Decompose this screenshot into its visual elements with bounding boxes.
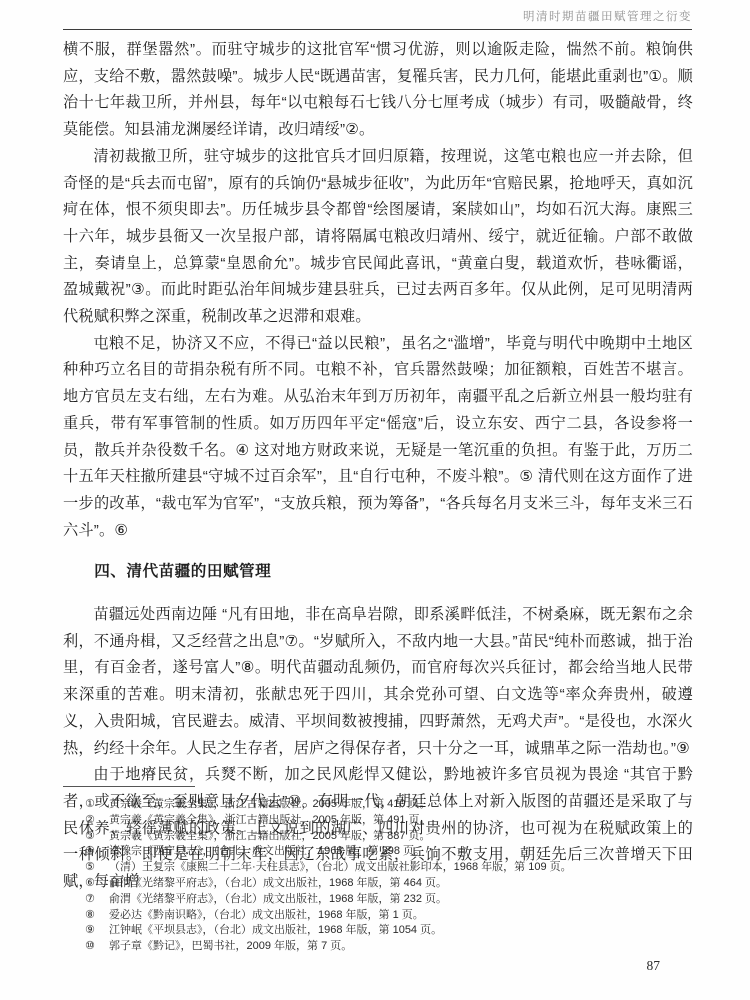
page-number: 87 bbox=[647, 958, 661, 974]
footnote-text: 黄宗羲《黄宗羲全集》，浙江古籍出版社，2005 年版，第 491 页。 bbox=[109, 814, 431, 826]
body-paragraph: 屯粮不足，协济又不应，不得已“益以民粮”，虽名之“滥增”，毕竟与明代中晚期中土地… bbox=[63, 331, 693, 545]
body-paragraph: 横不服，群堡嚣然”。而驻守城步的这批官军“惯习优游，则以逾阪走险，惴然不前。粮饷… bbox=[63, 37, 693, 144]
running-header: 明清时期苗疆田赋管理之衍变 bbox=[63, 8, 692, 24]
footnote-marker: ⑦ bbox=[85, 892, 109, 908]
footnote-text: 爱必达《黔南识略》，（台北）成文出版社，1968 年版，第 1 页。 bbox=[109, 909, 424, 921]
footnote: ⑦俞渭《光绪黎平府志》，（台北）成文出版社，1968 年版，第 232 页。 bbox=[85, 892, 703, 908]
footnote-marker: ⑤ bbox=[85, 860, 109, 876]
footnotes-list: ①黄宗羲《黄宗羲全集》，浙江古籍出版社，2005 年版，第 410 页。 ②黄宗… bbox=[63, 797, 703, 955]
footnote-divider bbox=[63, 786, 195, 787]
footnote: ①黄宗羲《黄宗羲全集》，浙江古籍出版社，2005 年版，第 410 页。 bbox=[85, 797, 703, 813]
footnote: ③黄宗羲《黄宗羲全集》，浙江古籍出版社，2005 年版，第 887 页。 bbox=[85, 829, 703, 845]
footnote: ⑤（清）王复宗《康熙二十二年·天柱县志》，（台北）成文出版社影印本，1968 年… bbox=[85, 860, 703, 876]
footnote: ⑥俞渭《光绪黎平府志》，（台北）成文出版社，1968 年版，第 464 页。 bbox=[85, 876, 703, 892]
running-header-title: 明清时期苗疆田赋管理之衍变 bbox=[523, 11, 692, 23]
footnote-text: 黄宗羲《黄宗羲全集》，浙江古籍出版社，2005 年版，第 887 页。 bbox=[109, 830, 431, 842]
footnote-text: 郭子章《黔记》，巴蜀书社，2009 年版，第 7 页。 bbox=[109, 940, 352, 952]
footnote-text: 江钟岷《平坝县志》，（台北）成文出版社，1968 年版，第 1054 页。 bbox=[109, 924, 442, 936]
footnote-marker: ⑨ bbox=[85, 923, 109, 939]
section-heading: 四、清代苗疆的田赋管理 bbox=[63, 559, 693, 586]
footnote-block: ①黄宗羲《黄宗羲全集》，浙江古籍出版社，2005 年版，第 410 页。 ②黄宗… bbox=[63, 786, 703, 955]
document-page: 明清时期苗疆田赋管理之衍变 横不服，群堡嚣然”。而驻守城步的这批官军“惯习优游，… bbox=[0, 0, 750, 1000]
footnote: ⑩郭子章《黔记》，巴蜀书社，2009 年版，第 7 页。 bbox=[85, 939, 703, 955]
footnote-marker: ④ bbox=[85, 844, 109, 860]
footnote-text: 俞渭《光绪黎平府志》，（台北）成文出版社，1968 年版，第 232 页。 bbox=[109, 893, 447, 905]
footnote-marker: ⑧ bbox=[85, 908, 109, 924]
footnote-marker: ② bbox=[85, 813, 109, 829]
footnote: ④诸豫宗《西宁县志》，（台北）成文出版社，1968 版，第 398 页。 bbox=[85, 844, 703, 860]
footnote-marker: ⑩ bbox=[85, 939, 109, 955]
body-paragraph: 清初裁撤卫所，驻守城步的这批官兵才回归原籍，按理说，这笔屯粮也应一并去除，但奇怪… bbox=[63, 144, 693, 331]
header-rule bbox=[63, 29, 692, 30]
footnote-text: 诸豫宗《西宁县志》，（台北）成文出版社，1968 版，第 398 页。 bbox=[109, 845, 425, 857]
footnote: ⑧爱必达《黔南识略》，（台北）成文出版社，1968 年版，第 1 页。 bbox=[85, 908, 703, 924]
body-text: 横不服，群堡嚣然”。而驻守城步的这批官军“惯习优游，则以逾阪走险，惴然不前。粮饷… bbox=[63, 37, 693, 896]
footnote-marker: ⑥ bbox=[85, 876, 109, 892]
footnote-text: 黄宗羲《黄宗羲全集》，浙江古籍出版社，2005 年版，第 410 页。 bbox=[109, 798, 431, 810]
body-paragraph: 苗疆远处西南边陲 “凡有田地，非在高阜岩隙，即系溪畔低洼，不树桑麻，既无絮布之余… bbox=[63, 602, 693, 762]
footnote-marker: ① bbox=[85, 797, 109, 813]
footnote-text: 俞渭《光绪黎平府志》，（台北）成文出版社，1968 年版，第 464 页。 bbox=[109, 877, 447, 889]
footnote: ②黄宗羲《黄宗羲全集》，浙江古籍出版社，2005 年版，第 491 页。 bbox=[85, 813, 703, 829]
footnote-text: （清）王复宗《康熙二十二年·天柱县志》，（台北）成文出版社影印本，1968 年版… bbox=[109, 861, 572, 873]
footnote: ⑨江钟岷《平坝县志》，（台北）成文出版社，1968 年版，第 1054 页。 bbox=[85, 923, 703, 939]
footnote-marker: ③ bbox=[85, 829, 109, 845]
